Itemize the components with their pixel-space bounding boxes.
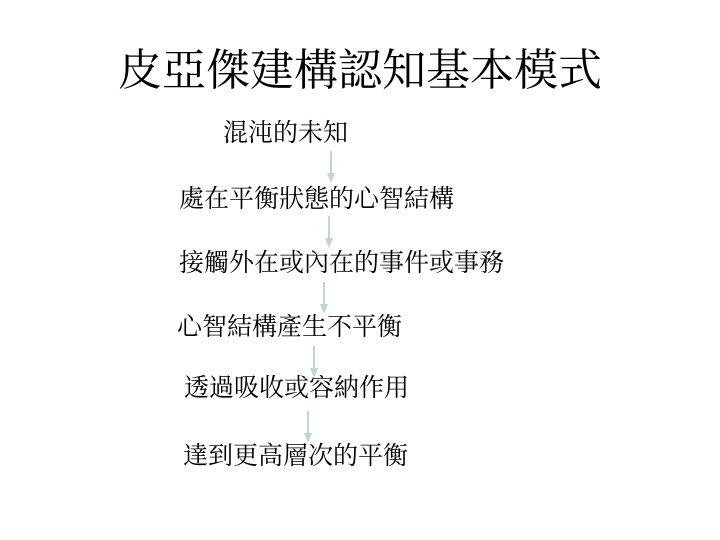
flow-step-2: 處在平衡狀態的心智結構: [179, 186, 454, 214]
down-arrow-icon: [309, 346, 319, 378]
slide: 皮亞傑建構認知基本模式 混沌的未知 處在平衡狀態的心智結構 接觸外在或內在的事件…: [0, 0, 720, 540]
flow-step-5: 透過吸收或容納作用: [184, 375, 409, 403]
down-arrow-icon: [326, 151, 336, 183]
down-arrow-icon: [324, 216, 334, 248]
down-arrow-icon: [319, 282, 329, 314]
flow-step-6: 達到更高層次的平衡: [183, 443, 408, 471]
flow-step-4: 心智結構產生不平衡: [177, 314, 402, 342]
down-arrow-icon: [303, 411, 313, 443]
slide-title: 皮亞傑建構認知基本模式: [0, 34, 720, 98]
flow-step-3: 接觸外在或內在的事件或事務: [179, 250, 504, 278]
flow-step-1: 混沌的未知: [223, 120, 348, 148]
